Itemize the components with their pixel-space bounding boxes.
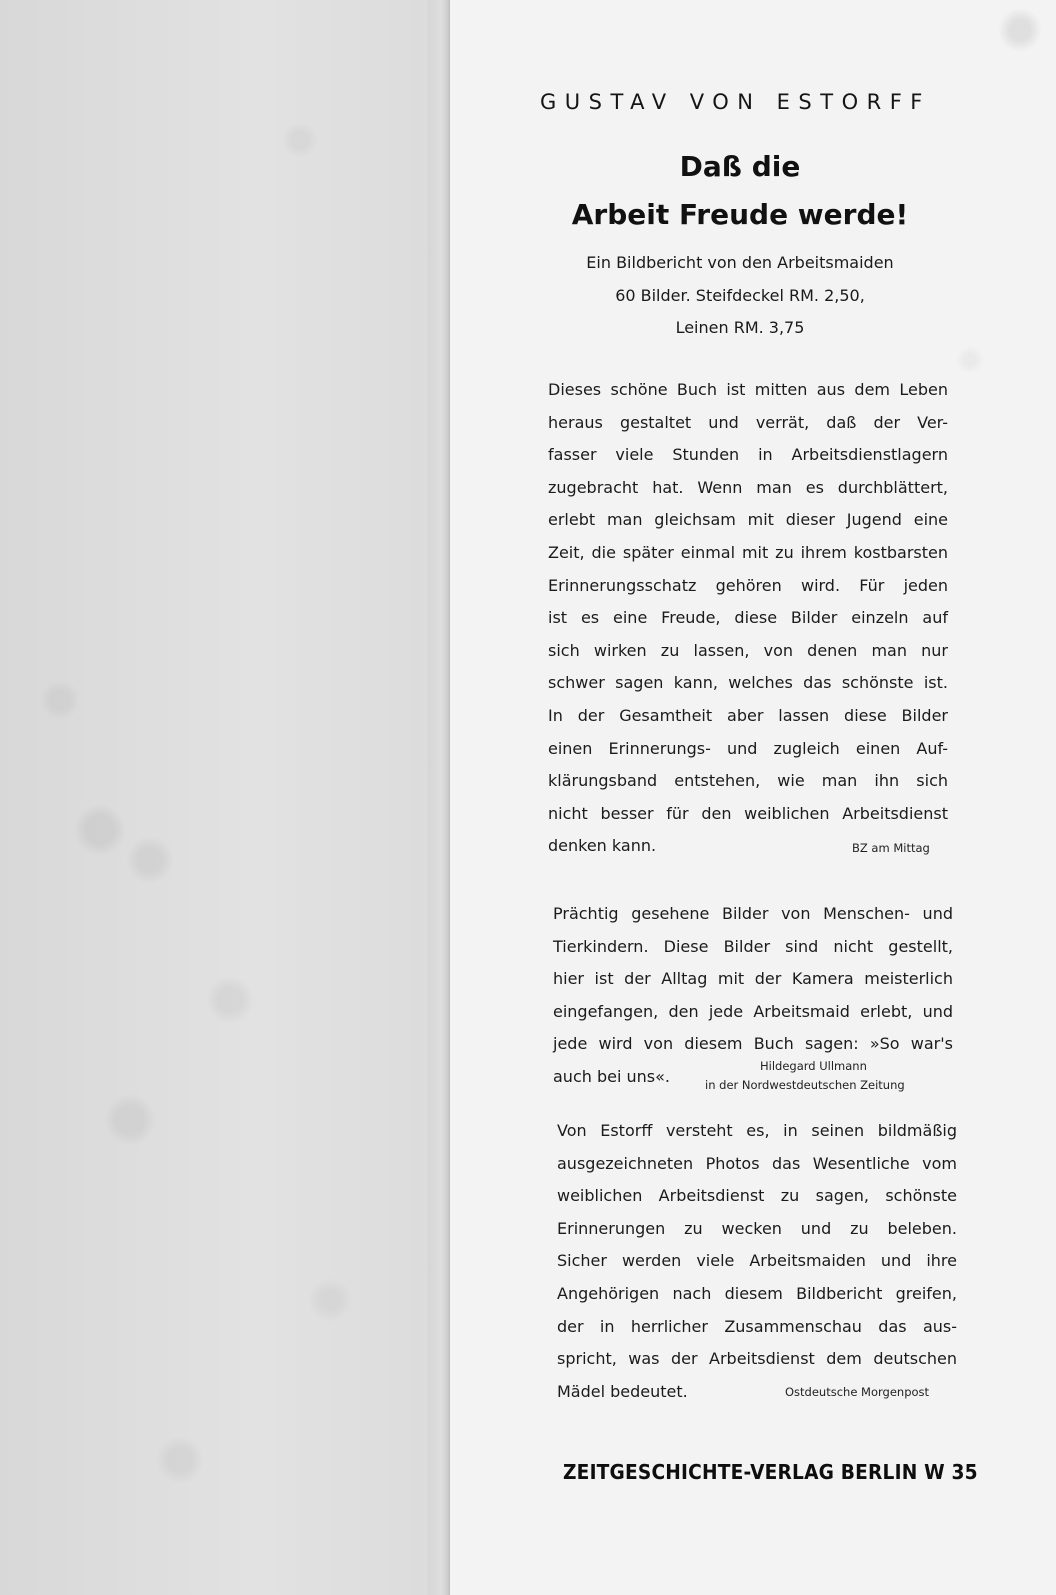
review-line: schwer sagen kann, welches das schönste …	[548, 667, 948, 700]
review-3-source: Ostdeutsche Morgenpost	[785, 1385, 929, 1399]
review-line: ausgezeichneten Photos das Wesentliche v…	[557, 1148, 957, 1181]
review-line: Erinnerungsschatz gehören wird. Für jede…	[548, 570, 948, 603]
review-line: klärungsband entstehen, wie man ihn sich	[548, 765, 948, 798]
review-line: Dieses schöne Buch ist mitten aus dem Le…	[548, 374, 948, 407]
review-3: Von Estorff versteht es, in seinen bildm…	[557, 1115, 957, 1408]
review-line: ist es eine Freude, diese Bilder einzeln…	[548, 602, 948, 635]
review-line: Angehörigen nach diesem Bildbericht grei…	[557, 1278, 957, 1311]
review-line: weiblichen Arbeitsdienst zu sagen, schön…	[557, 1180, 957, 1213]
review-line: zugebracht hat. Wenn man es durchblätter…	[548, 472, 948, 505]
review-line: Tierkindern. Diese Bilder sind nicht ges…	[553, 931, 953, 964]
review-line: hier ist der Alltag mit der Kamera meist…	[553, 963, 953, 996]
review-line: einen Erinnerungs- und zugleich einen Au…	[548, 733, 948, 766]
subtitle: Ein Bildbericht von den Arbeitsmaiden	[540, 253, 940, 272]
book-title-line-1: Daß die	[560, 150, 920, 183]
review-line: In der Gesamtheit aber lassen diese Bild…	[548, 700, 948, 733]
review-line: spricht, was der Arbeitsdienst dem deuts…	[557, 1343, 957, 1376]
review-line: heraus gestaltet und verrät, daß der Ver…	[548, 407, 948, 440]
book-title-line-2: Arbeit Freude werde!	[560, 198, 920, 231]
review-line: der in herrlicher Zusammenschau das aus-	[557, 1311, 957, 1344]
author-name: GUSTAV VON ESTORFF	[540, 90, 934, 114]
review-line: erlebt man gleichsam mit dieser Jugend e…	[548, 504, 948, 537]
review-line: Sicher werden viele Arbeitsmaiden und ih…	[557, 1245, 957, 1278]
review-2-source: Hildegard Ullmann	[760, 1059, 867, 1073]
review-line: eingefangen, den jede Arbeitsmaid erlebt…	[553, 996, 953, 1029]
page-gutter	[428, 0, 450, 1595]
review-line: Erinnerungen zu wecken und zu beleben.	[557, 1213, 957, 1246]
review-line: Zeit, die später einmal mit zu ihrem kos…	[548, 537, 948, 570]
publisher-imprint: ZEITGESCHICHTE-VERLAG BERLIN W 35	[563, 1460, 928, 1484]
review-line: jede wird von diesem Buch sagen: »So war…	[553, 1028, 953, 1061]
review-line: sich wirken zu lassen, von denen man nur	[548, 635, 948, 668]
blank-left-page	[0, 0, 428, 1595]
review-line: Prächtig gesehene Bilder von Menschen- u…	[553, 898, 953, 931]
price-line-1: 60 Bilder. Steifdeckel RM. 2,50,	[540, 286, 940, 305]
review-line: Von Estorff versteht es, in seinen bildm…	[557, 1115, 957, 1148]
review-2-source-detail: in der Nordwestdeutschen Zeitung	[705, 1078, 905, 1092]
review-2: Prächtig gesehene Bilder von Menschen- u…	[553, 898, 953, 1094]
review-1-source: BZ am Mittag	[852, 841, 930, 855]
review-1: Dieses schöne Buch ist mitten aus dem Le…	[548, 374, 948, 863]
price-line-2: Leinen RM. 3,75	[540, 318, 940, 337]
review-line: nicht besser für den weiblichen Arbeitsd…	[548, 798, 948, 831]
review-line: fasser viele Stunden in Arbeitsdienstlag…	[548, 439, 948, 472]
